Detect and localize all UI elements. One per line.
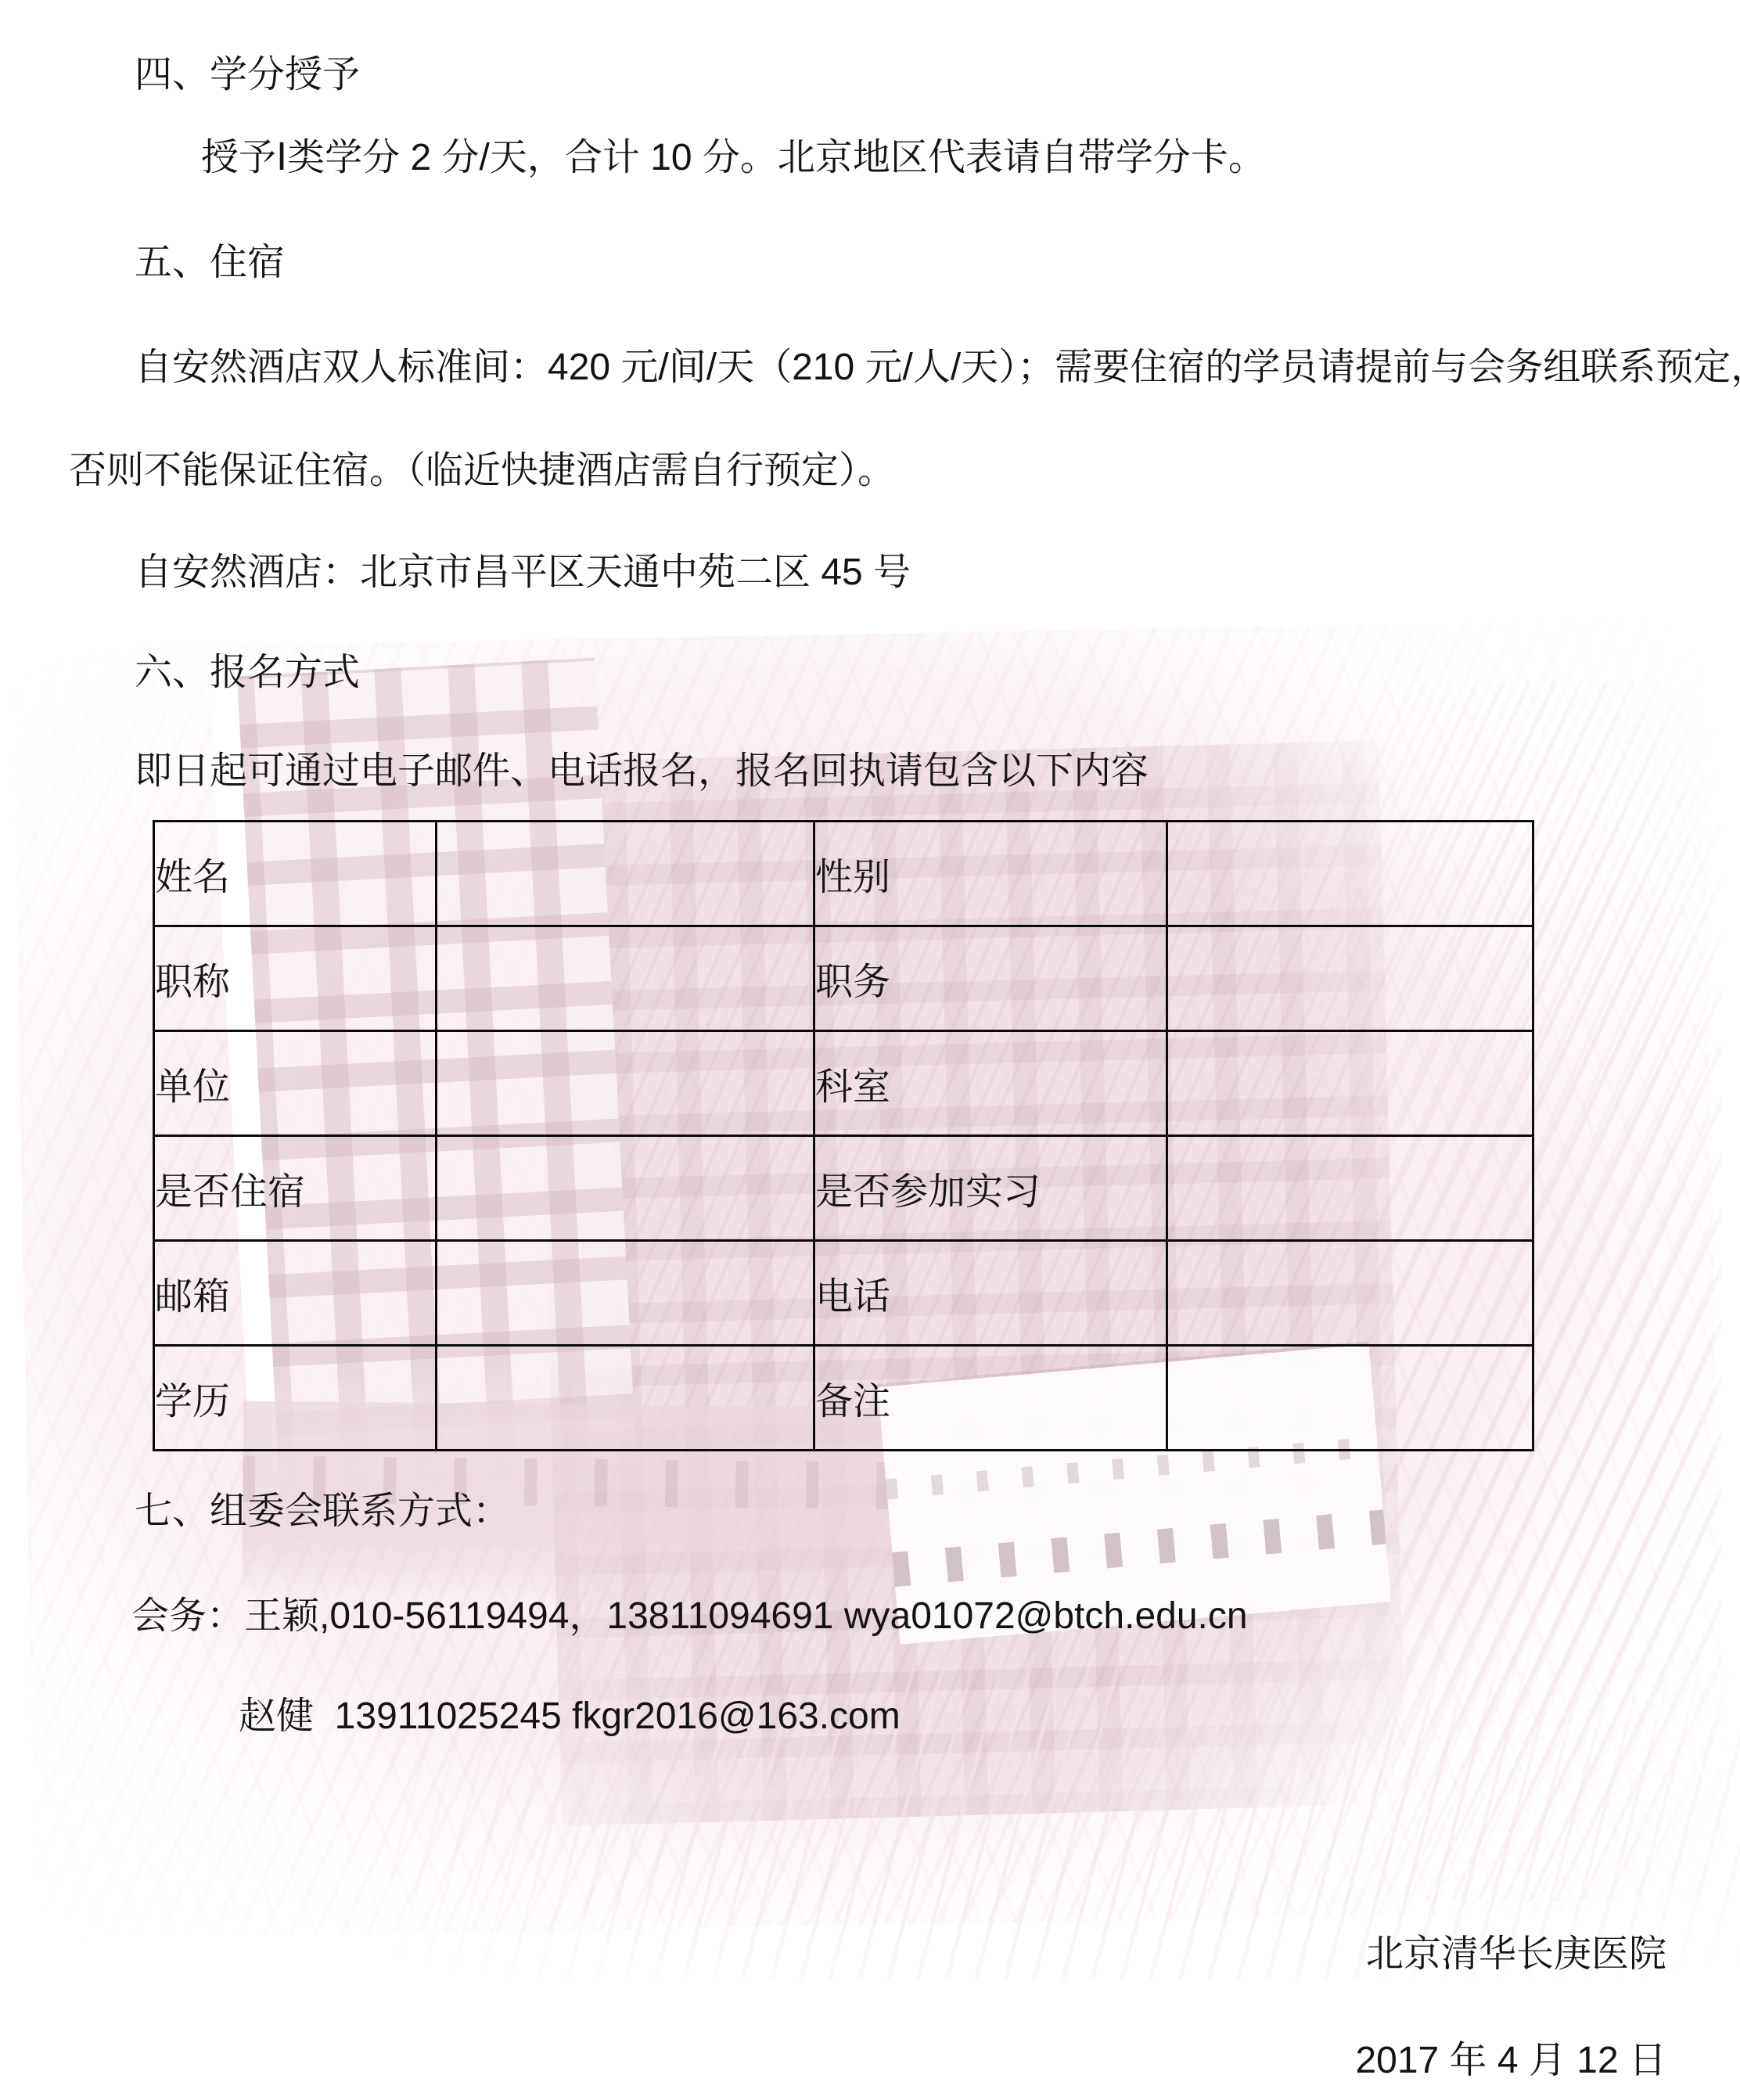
form-label-cell: 是否住宿 xyxy=(154,1136,437,1241)
signature-date: 2017 年 4 月 12 日 xyxy=(1355,2037,1666,2084)
lodging-note-line: 否则不能保证住宿。（临近快捷酒店需自行预定）。 xyxy=(69,448,895,494)
table-row: 职称 职务 xyxy=(154,926,1533,1031)
signature-organization: 北京清华长庚医院 xyxy=(1366,1931,1666,1978)
form-value-cell xyxy=(437,822,814,926)
contact-line-wangying: 会务：王颖,010-56119494，13811094691 wya01072@… xyxy=(131,1593,1248,1640)
form-value-cell xyxy=(1167,1241,1533,1346)
form-label-cell: 是否参加实习 xyxy=(814,1136,1167,1241)
table-row: 邮箱 电话 xyxy=(154,1241,1533,1346)
form-label-cell: 性别 xyxy=(814,822,1167,926)
contact-line-zhaojian: 赵健 13911025245 fkgr2016@163.com xyxy=(239,1693,901,1740)
form-value-cell xyxy=(1167,926,1533,1031)
table-row: 是否住宿 是否参加实习 xyxy=(154,1136,1533,1241)
form-value-cell xyxy=(437,926,814,1031)
form-label-cell: 备注 xyxy=(814,1346,1167,1451)
document-page: 四、学分授予 授予Ⅰ类学分 2 分/天，合计 10 分。北京地区代表请自带学分卡… xyxy=(0,0,1740,2100)
table-row: 学历 备注 xyxy=(154,1346,1533,1451)
form-label-cell: 职务 xyxy=(814,926,1167,1031)
form-value-cell xyxy=(1167,1136,1533,1241)
signup-intro-line: 即日起可通过电子邮件、电话报名，报名回执请包含以下内容 xyxy=(135,748,1149,795)
section-credit-heading: 四、学分授予 xyxy=(135,52,360,99)
lodging-address-line: 自安然酒店：北京市昌平区天通中苑二区 45 号 xyxy=(135,549,911,596)
table-row: 姓名 性别 xyxy=(154,822,1533,926)
lodging-price-line: 自安然酒店双人标准间：420 元/间/天（210 元/人/天）；需要住宿的学员请… xyxy=(135,344,1740,391)
form-value-cell xyxy=(437,1136,814,1241)
section-signup-heading: 六、报名方式 xyxy=(135,649,360,696)
section-lodging-heading: 五、住宿 xyxy=(135,239,285,286)
section-credit-body: 授予Ⅰ类学分 2 分/天，合计 10 分。北京地区代表请自带学分卡。 xyxy=(201,135,1266,182)
form-value-cell xyxy=(1167,1346,1533,1451)
form-label-cell: 科室 xyxy=(814,1031,1167,1136)
form-label-cell: 邮箱 xyxy=(154,1241,437,1346)
form-value-cell xyxy=(437,1031,814,1136)
form-label-cell: 单位 xyxy=(154,1031,437,1136)
registration-form-table: 姓名 性别 职称 职务 单位 科室 是否 xyxy=(153,820,1534,1451)
section-contact-heading: 七、组委会联系方式： xyxy=(135,1488,510,1535)
form-value-cell xyxy=(1167,822,1533,926)
table-row: 单位 科室 xyxy=(154,1031,1533,1136)
form-label-cell: 姓名 xyxy=(154,822,437,926)
form-value-cell xyxy=(437,1346,814,1451)
form-label-cell: 学历 xyxy=(154,1346,437,1451)
form-value-cell xyxy=(1167,1031,1533,1136)
form-label-cell: 电话 xyxy=(814,1241,1167,1346)
form-value-cell xyxy=(437,1241,814,1346)
document-content: 四、学分授予 授予Ⅰ类学分 2 分/天，合计 10 分。北京地区代表请自带学分卡… xyxy=(0,0,1740,2100)
form-label-cell: 职称 xyxy=(154,926,437,1031)
